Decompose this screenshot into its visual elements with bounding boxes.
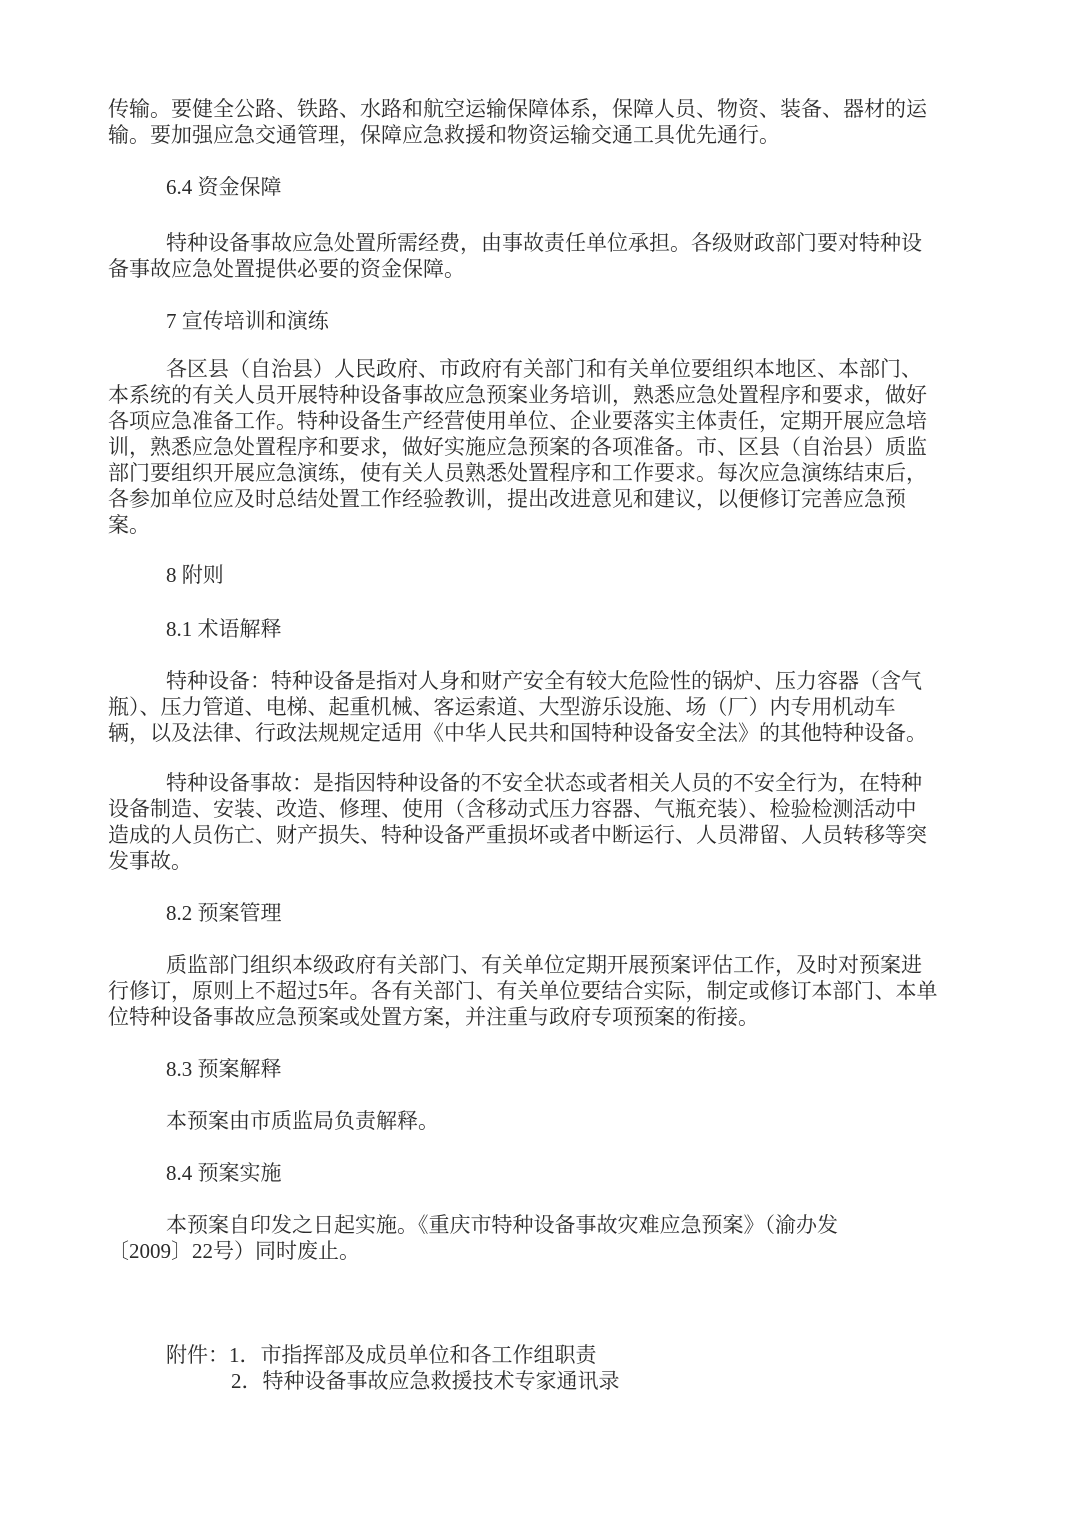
text-line: 位特种设备事故应急预案或处置方案，并注重与政府专项预案的衔接。 [108,1004,968,1030]
text-line: 本预案由市质监局负责解释。 [108,1108,968,1134]
paragraph-funding: 特种设备事故应急处置所需经费，由事故责任单位承担。各级财政部门要对特种设 备事故… [108,230,968,282]
section-heading-8-2: 8.2 预案管理 [108,900,1026,926]
text-line: 备事故应急处置提供必要的资金保障。 [108,256,968,282]
paragraph-plan-implementation: 本预案自印发之日起实施。《重庆市特种设备事故灾难应急预案》（渝办发 〔2009〕… [108,1212,968,1264]
text-line: 辆，以及法律、行政法规规定适用《中华人民共和国特种设备安全法》的其他特种设备。 [108,720,968,746]
text-line: 传输。要健全公路、铁路、水路和航空运输保障体系，保障人员、物资、装备、器材的运 [108,96,968,122]
paragraph-definition-accident: 特种设备事故：是指因特种设备的不安全状态或者相关人员的不安全行为，在特种 设备制… [108,770,968,874]
text-line: 行修订，原则上不超过5年。各有关部门、有关单位要结合实际，制定或修订本部门、本单 [108,978,968,1004]
text-line: 特种设备事故应急处置所需经费，由事故责任单位承担。各级财政部门要对特种设 [108,230,968,256]
text-line: 各参加单位应及时总结处置工作经验教训，提出改进意见和建议，以便修订完善应急预 [108,486,968,512]
section-heading-8: 8 附则 [108,562,1026,588]
text-line: 案。 [108,512,968,538]
section-heading-6-4: 6.4 资金保障 [108,174,1026,200]
annex-item-2: 2．特种设备事故应急救援技术专家通讯录 [108,1368,968,1394]
section-heading-8-4: 8.4 预案实施 [108,1160,1026,1186]
annex-label: 附件： [166,1343,229,1367]
text-line: 造成的人员伤亡、财产损失、特种设备严重损坏或者中断运行、人员滞留、人员转移等突 [108,822,968,848]
paragraph-definition-equipment: 特种设备：特种设备是指对人身和财产安全有较大危险性的锅炉、压力容器（含气 瓶）、… [108,668,968,746]
annex-list: 附件：1．市指挥部及成员单位和各工作组职责 2．特种设备事故应急救援技术专家通讯… [108,1342,968,1394]
section-heading-8-3: 8.3 预案解释 [108,1056,1026,1082]
text-line: 瓶）、压力管道、电梯、起重机械、客运索道、大型游乐设施、场（厂）内专用机动车 [108,694,968,720]
text-line: 发事故。 [108,848,968,874]
text-line: 本系统的有关人员开展特种设备事故应急预案业务培训，熟悉应急处置程序和要求，做好 [108,382,968,408]
paragraph-plan-management: 质监部门组织本级政府有关部门、有关单位定期开展预案评估工作，及时对预案进 行修订… [108,952,968,1030]
paragraph-transport: 传输。要健全公路、铁路、水路和航空运输保障体系，保障人员、物资、装备、器材的运 … [108,96,968,148]
section-heading-8-1: 8.1 术语解释 [108,616,1026,642]
text-line: 部门要组织开展应急演练，使有关人员熟悉处置程序和工作要求。每次应急演练结束后， [108,460,968,486]
text-line: 各区县（自治县）人民政府、市政府有关部门和有关单位要组织本地区、本部门、 [108,356,968,382]
text-line: 特种设备：特种设备是指对人身和财产安全有较大危险性的锅炉、压力容器（含气 [108,668,968,694]
paragraph-plan-interpretation: 本预案由市质监局负责解释。 [108,1108,968,1134]
text-line: 特种设备事故：是指因特种设备的不安全状态或者相关人员的不安全行为，在特种 [108,770,968,796]
text-line: 输。要加强应急交通管理，保障应急救援和物资运输交通工具优先通行。 [108,122,968,148]
text-line: 质监部门组织本级政府有关部门、有关单位定期开展预案评估工作，及时对预案进 [108,952,968,978]
text-line: 设备制造、安装、改造、修理、使用（含移动式压力容器、气瓶充装）、检验检测活动中 [108,796,968,822]
text-line: 各项应急准备工作。特种设备生产经营使用单位、企业要落实主体责任，定期开展应急培 [108,408,968,434]
annex-item-1: 附件：1．市指挥部及成员单位和各工作组职责 [108,1342,968,1368]
paragraph-training: 各区县（自治县）人民政府、市政府有关部门和有关单位要组织本地区、本部门、 本系统… [108,356,968,538]
text-line: 本预案自印发之日起实施。《重庆市特种设备事故灾难应急预案》（渝办发 [108,1212,968,1238]
text-line: 训，熟悉应急处置程序和要求，做好实施应急预案的各项准备。市、区县（自治县）质监 [108,434,968,460]
text-line: 〔2009〕22号）同时废止。 [108,1238,968,1264]
annex-item-text: 2．特种设备事故应急救援技术专家通讯录 [231,1369,620,1393]
annex-item-text: 1．市指挥部及成员单位和各工作组职责 [229,1343,597,1367]
section-heading-7: 7 宣传培训和演练 [108,308,1026,334]
